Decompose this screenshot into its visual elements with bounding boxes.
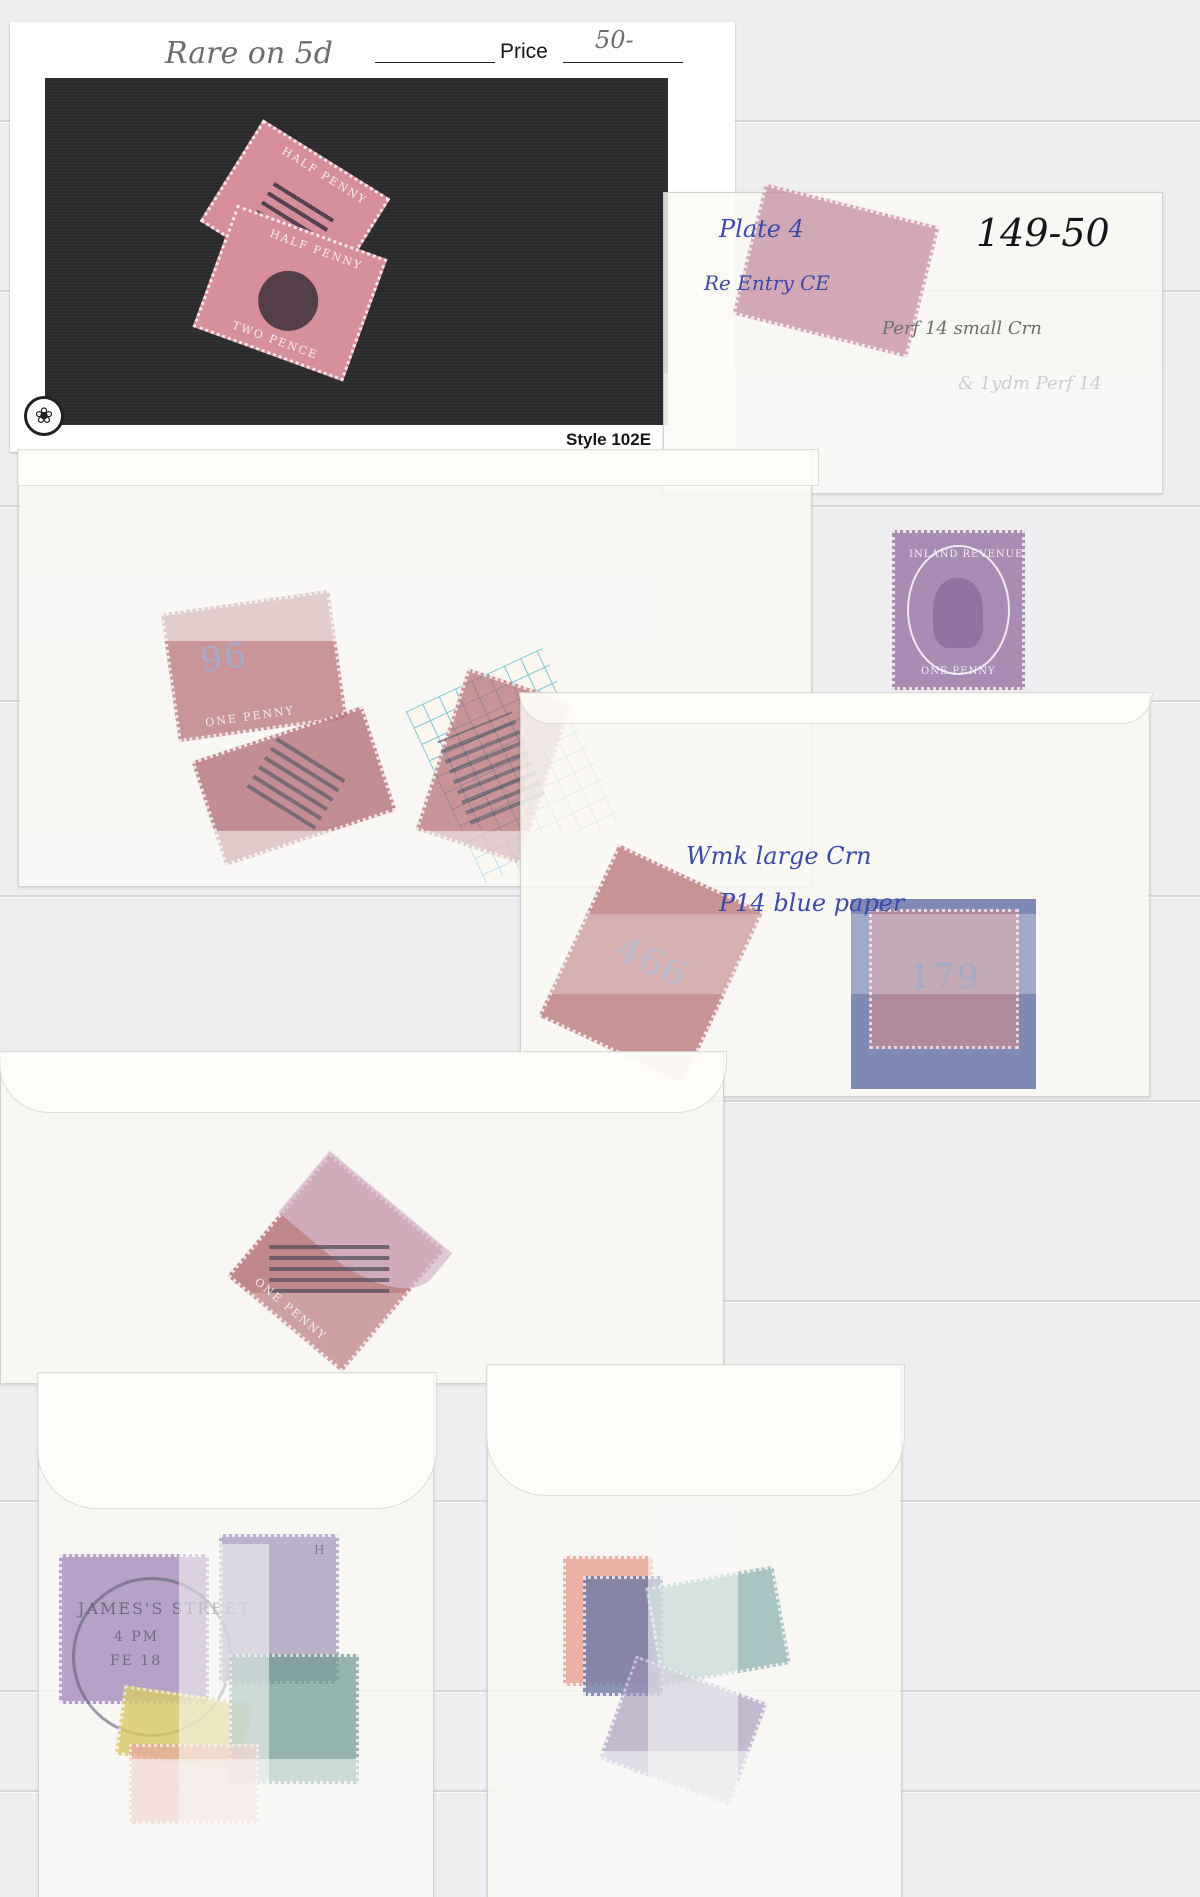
black-mount: HALF PENNY HALF PENNY TWO PENCE: [45, 78, 668, 425]
note-reentry: Re Entry CE: [704, 271, 830, 295]
note-wmk: Wmk large Crn: [686, 842, 872, 870]
glassine-lower-left[interactable]: ONE PENNY: [0, 1052, 724, 1384]
glassine-flap: [519, 692, 1153, 724]
glassine-pocket: [498, 1751, 898, 1897]
handwritten-note: Rare on 5d: [165, 36, 333, 71]
glassine-mid-right[interactable]: 466 179 Wmk large Crn P14 blue paper: [520, 693, 1150, 1097]
glassine-pocket: [19, 571, 659, 641]
glassine-flap: [17, 449, 819, 486]
style-label: Style 102E: [566, 430, 651, 450]
note-paper: P14 blue paper: [719, 889, 904, 917]
postmark-date: FE 18: [110, 1653, 162, 1669]
stamp-inland-revenue[interactable]: INLAND REVENUE ONE PENNY: [892, 530, 1025, 690]
glassine-flap: [0, 1051, 727, 1113]
glassine-bottom-left[interactable]: JAMES'S STREET 4 PM FE 18 H: [38, 1373, 434, 1897]
glassine-bottom-right[interactable]: [487, 1365, 902, 1897]
cancel-mark: [246, 737, 346, 830]
glassine-pocket: [39, 1759, 433, 1897]
stamp-label: INLAND REVENUE: [909, 549, 1023, 560]
price-label: Price: [500, 40, 548, 64]
maple-leaf-logo-icon: ❀: [24, 396, 64, 436]
note-perf-1: Perf 14 small Crn: [882, 318, 1042, 339]
glassine-pocket: [521, 914, 1149, 994]
blank-line: [375, 62, 495, 63]
dealer-card[interactable]: Rare on 5d Price 50- HALF PENNY HALF PEN…: [10, 22, 735, 452]
corner-letter: H: [314, 1543, 326, 1557]
queen-portrait: [933, 578, 983, 648]
price-line: [563, 62, 683, 63]
price-value: 50-: [595, 26, 634, 54]
glassine-flap: [486, 1364, 905, 1496]
note-plate: Plate 4: [719, 215, 804, 243]
cancel-mark: [269, 1243, 389, 1293]
postmark-time: 4 PM: [114, 1629, 159, 1645]
catalogue-number: 149-50: [976, 211, 1110, 255]
stamp-label: ONE PENNY: [205, 704, 296, 729]
glassine-flap: [37, 1372, 437, 1509]
cancel-number: 96: [198, 635, 250, 681]
stamp-label: ONE PENNY: [921, 666, 996, 677]
